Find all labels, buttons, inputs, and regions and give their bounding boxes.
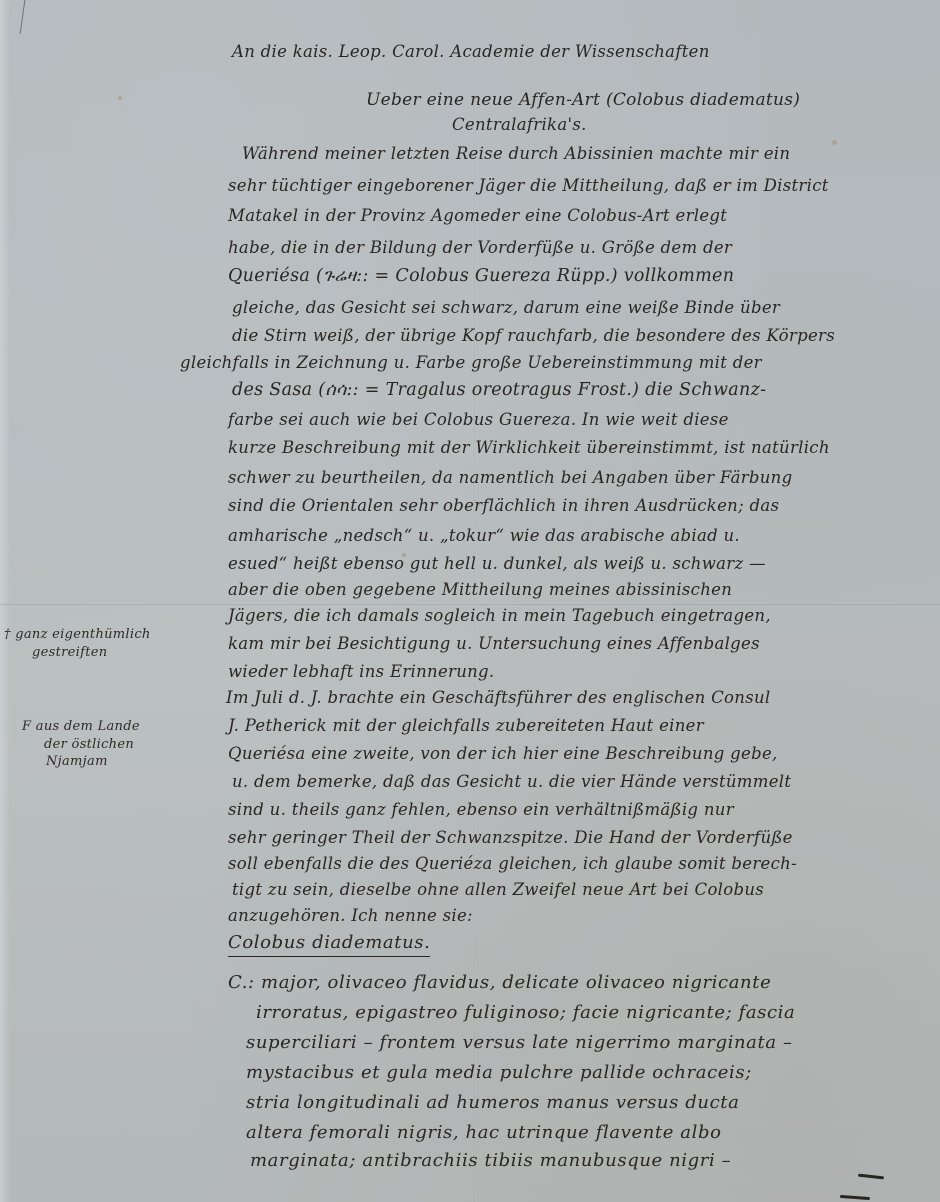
body-line: amharische „nedsch“ u. „tokur“ wie das a… [228,528,740,545]
body-line: anzugehören. Ich nenne sie: [228,908,473,925]
body-line: sind u. theils ganz fehlen, ebenso ein v… [228,802,734,819]
body-line: Matakel in der Provinz Agomeder eine Col… [228,208,727,225]
latin-description-line: C.: major, olivaceo flavidus, delicate o… [228,972,771,993]
catchword-dash [840,1195,870,1200]
latin-description-line: stria longitudinali ad humeros manus ver… [246,1092,739,1113]
body-line: kurze Beschreibung mit der Wirklichkeit … [228,440,830,457]
body-line: kam mir bei Besichtigung u. Untersuchung… [228,636,760,653]
address-line: An die kais. Leop. Carol. Academie der W… [232,42,710,61]
body-line: sehr geringer Theil der Schwanzspitze. D… [228,830,793,847]
document-title: Ueber eine neue Affen-Art (Colobus diade… [366,90,800,110]
body-line: J. Petherick mit der gleichfalls zuberei… [228,718,704,735]
latin-description-line: irroratus, epigastreo fuliginoso; facie … [256,1002,795,1023]
margin-note-text: aus dem Lande [36,719,140,734]
body-line: Im Juli d. J. brachte ein Geschäftsführe… [226,690,770,707]
body-line: Während meiner letzten Reise durch Abiss… [242,146,790,163]
body-line: des Sasa (ሰሳ:: = Tragalus oreotragus Fro… [232,382,766,400]
margin-note-marker: F [22,719,31,734]
paper-tear [20,0,30,34]
margin-note-2: F aus dem Lande der östlichen Njamjam [22,718,140,771]
document-subtitle: Centralafrika's. [452,115,587,134]
body-line: wieder lebhaft ins Erinnerung. [228,664,494,681]
margin-note-text: der östlichen [22,736,140,754]
body-line: sehr tüchtiger eingeborener Jäger die Mi… [228,178,829,195]
margin-note-text: ganz eigenthümlich [15,627,150,642]
body-line: schwer zu beurtheilen, da namentlich bei… [228,470,792,487]
body-line: u. dem bemerke, daß das Gesicht u. die v… [232,774,791,791]
body-line: Queriésa (ጉሬዛ:: = Colobus Guereza Rüpp.)… [228,268,734,286]
body-line: die Stirn weiß, der übrige Kopf rauchfar… [232,328,835,345]
body-line: Jägers, die ich damals sogleich in mein … [228,608,771,625]
latin-description-line: mystacibus et gula media pulchre pallide… [246,1062,752,1083]
body-line: aber die oben gegebene Mittheilung meine… [228,582,732,599]
body-line: tigt zu sein, dieselbe ohne allen Zweife… [232,882,764,899]
foxing-spot [832,140,837,145]
catchword-dash [858,1174,884,1180]
body-line: esued“ heißt ebenso gut hell u. dunkel, … [228,556,766,573]
margin-note-marker: † [4,627,11,642]
margin-note-text: Njamjam [22,753,140,771]
foxing-spot [118,96,122,100]
body-line: Queriésa eine zweite, von der ich hier e… [228,746,778,763]
species-heading: Colobus diadematus. [228,932,430,957]
body-line: gleichfalls in Zeichnung u. Farbe große … [180,355,762,372]
paper-edge [0,0,10,1202]
latin-description-line: superciliari – frontem versus late niger… [246,1032,793,1053]
body-line: gleiche, das Gesicht sei schwarz, darum … [232,300,780,317]
margin-note-text: gestreiften [4,644,151,662]
latin-description-line: marginata; antibrachiis tibiis manubusqu… [250,1150,731,1171]
body-line: soll ebenfalls die des Queriéza gleichen… [228,856,797,873]
latin-description-line: altera femorali nigris, hac utrinque fla… [246,1122,722,1143]
margin-note-1: † ganz eigenthümlich gestreiften [4,626,151,661]
body-line: habe, die in der Bildung der Vorderfüße … [228,240,732,257]
manuscript-page: An die kais. Leop. Carol. Academie der W… [0,0,940,1202]
body-line: sind die Orientalen sehr oberflächlich i… [228,498,779,515]
body-line: farbe sei auch wie bei Colobus Guereza. … [228,412,729,429]
